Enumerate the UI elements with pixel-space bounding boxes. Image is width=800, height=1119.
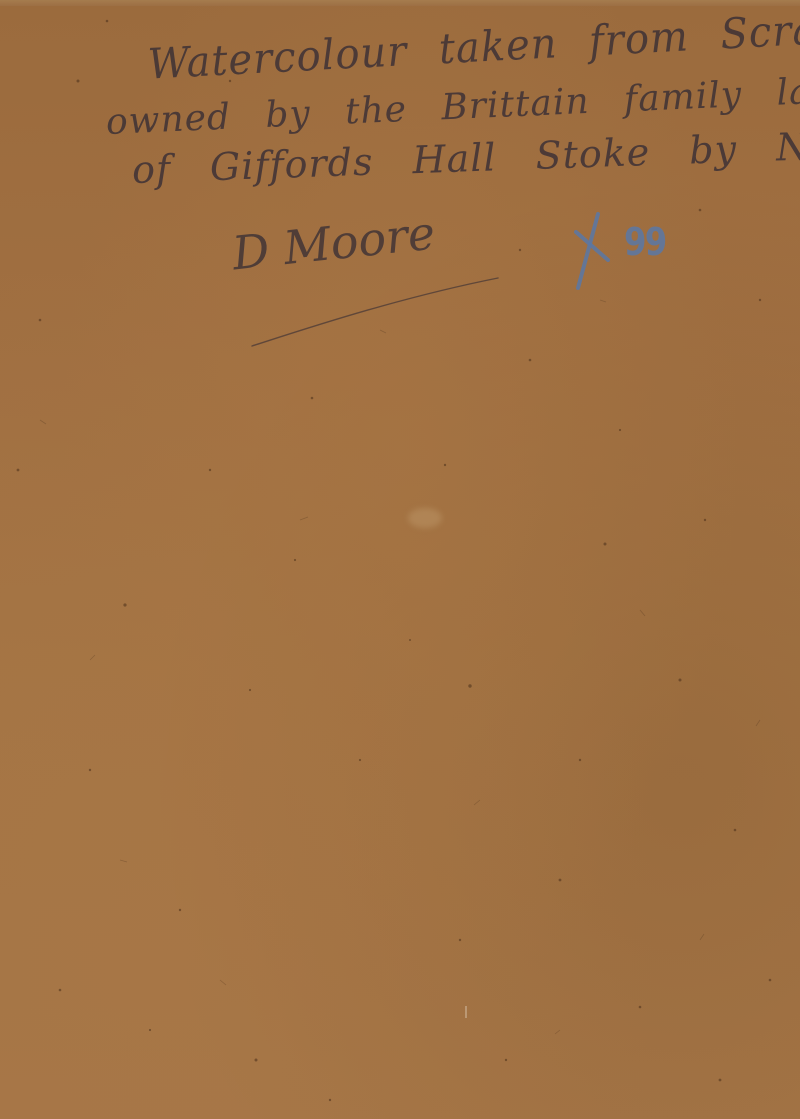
hardboard-panel-back: Watercolour taken from Scrap book owned … — [0, 0, 800, 1119]
catalogue-x-mark — [572, 212, 612, 290]
catalogue-number: 99 — [624, 220, 666, 264]
light-blemish — [408, 508, 442, 528]
signature-underline-stroke — [248, 270, 508, 360]
catalogue-mark: 99 — [572, 212, 692, 292]
